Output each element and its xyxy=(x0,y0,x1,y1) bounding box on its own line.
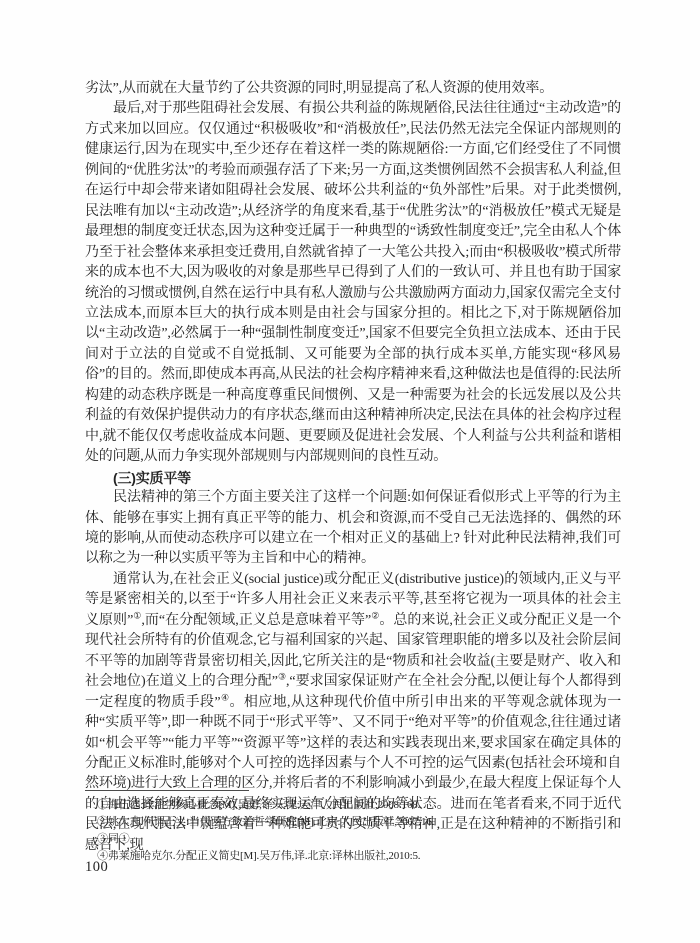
paragraph: 最后,对于那些阻碍社会发展、有损公共利益的陈规陋俗,民法往往通过“主动改造”的方… xyxy=(85,99,621,467)
body-text: 劣汰”,从而就在大量节约了公共资源的同时,明显提高了私人资源的使用效率。最后,对… xyxy=(85,79,621,856)
footnote: ②姚大志.何谓正义:当代西方政治哲学研究[M].北京:人民出版社,2007:16… xyxy=(85,814,621,831)
footnote-ref: ③ xyxy=(278,671,286,681)
paragraph: 民法精神的第三个方面主要关注了这样一个问题:如何保证看似形式上平等的行为主体、能… xyxy=(85,488,621,570)
footnote-ref: ② xyxy=(371,610,379,620)
footnote-ref: ① xyxy=(133,610,141,620)
paragraph: 劣汰”,从而就在大量节约了公共资源的同时,明显提高了私人资源的使用效率。 xyxy=(85,79,621,99)
footnote: ④弗莱施哈克尔.分配正义简史[M].吴万伟,译.北京:译林出版社,2010:5. xyxy=(85,848,621,865)
footnote-ref: ④ xyxy=(220,692,229,702)
footnote: ③同①。 xyxy=(85,831,621,848)
footnote: ①海伍德.政治学核心概念[M].吴勇,译.天津:天津人民出版社,2008:168… xyxy=(85,797,621,814)
book-page: 劣汰”,从而就在大量节约了公共资源的同时,明显提高了私人资源的使用效率。最后,对… xyxy=(0,0,700,943)
section-heading: (三)实质平等 xyxy=(85,468,621,488)
page-number: 100 xyxy=(85,859,108,876)
footnote-separator-rule xyxy=(85,790,249,791)
footnotes: ①海伍德.政治学核心概念[M].吴勇,译.天津:天津人民出版社,2008:168… xyxy=(85,797,621,865)
